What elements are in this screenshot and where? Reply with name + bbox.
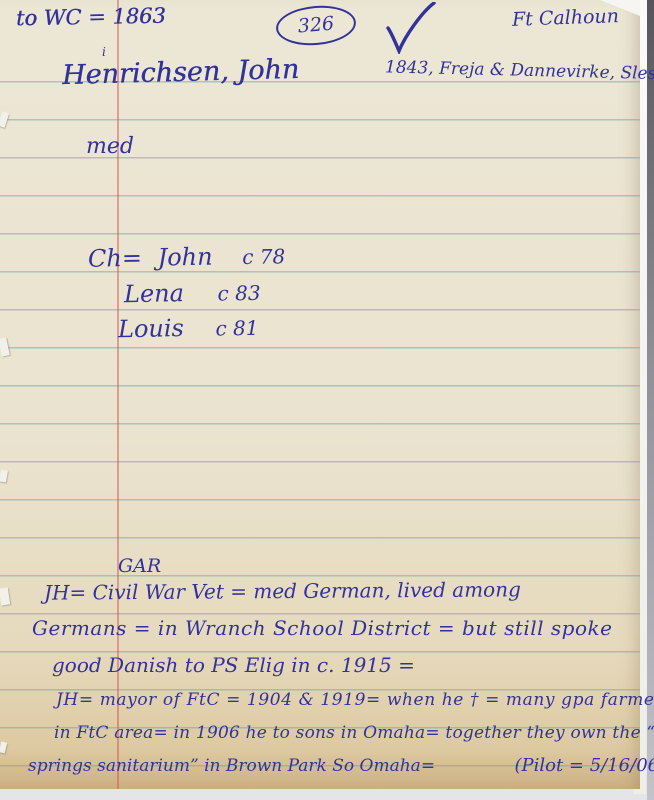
page-number-circle: 326 [274, 3, 357, 49]
child-year: c 83 [217, 281, 260, 306]
note-line-5: in FtC area= in 1906 he to sons in Omaha… [54, 724, 654, 743]
children-row: Ch= John c 78 [88, 242, 286, 272]
name-superscript: i [102, 46, 106, 59]
note-line-6: springs sanitarium” in Brown Park So Oma… [28, 756, 654, 776]
note-line-4: JH= mayor of FtC = 1904 & 1919= when he … [56, 691, 654, 710]
note-line-6-text: springs sanitarium” in Brown Park So Oma… [28, 756, 435, 776]
marriage-note: med [86, 135, 134, 159]
scanned-notebook-page: to WC = 1863 326 Ft Calhoun Henrichsen, … [0, 0, 654, 800]
note-gar: GAR [118, 556, 161, 577]
children-row: Lena c 83 [124, 279, 261, 308]
notebook-page: to WC = 1863 326 Ft Calhoun Henrichsen, … [0, 0, 640, 789]
note-top-left: to WC = 1863 [16, 5, 166, 31]
child-year: c 81 [215, 316, 258, 341]
child-name: John [157, 243, 212, 272]
note-line-2: Germans = in Wranch School District = bu… [32, 617, 612, 639]
children-label: Ch= [88, 244, 142, 273]
ruled-lines [0, 81, 640, 787]
book-edge-shadow [647, 0, 654, 800]
page-number: 326 [297, 14, 335, 38]
children-row: Louis c 81 [118, 314, 259, 343]
child-name: Lena [124, 279, 184, 308]
citation: (Pilot = 5/16/06) [514, 755, 654, 776]
place-name: Ft Calhoun [512, 6, 620, 31]
child-name: Louis [118, 314, 184, 343]
note-line-1: JH= Civil War Vet = med German, lived am… [44, 578, 521, 603]
child-year: c 78 [242, 244, 285, 269]
note-line-3: good Danish to PS Elig in c. 1915 = [52, 654, 415, 676]
checkmark-icon [382, 2, 436, 54]
subject-name: Henrichsen, John [62, 55, 300, 91]
